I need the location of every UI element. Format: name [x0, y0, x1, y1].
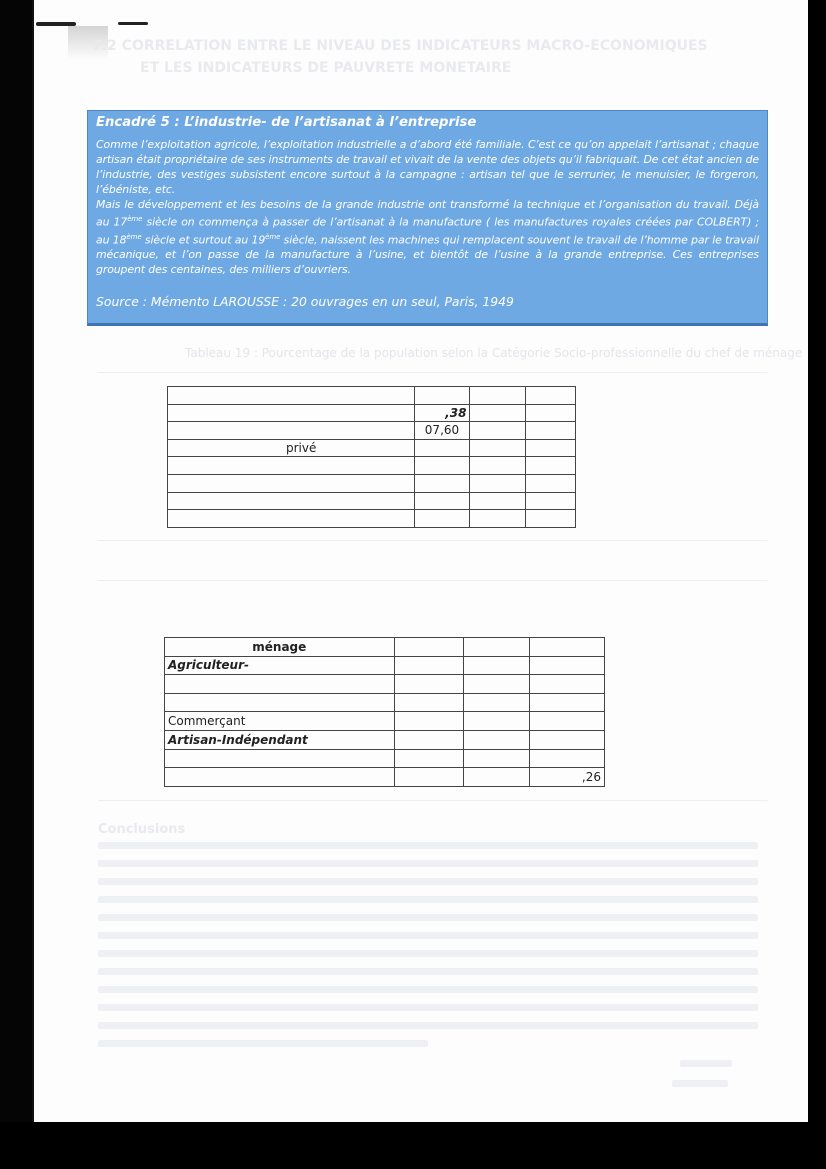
table-row: ,38 [168, 404, 576, 422]
row-label-cell [165, 749, 395, 768]
value-cell [464, 656, 530, 675]
row-label-cell [168, 474, 415, 492]
table-row [165, 693, 605, 712]
row-label-cell: Artisan-Indépendant [165, 730, 395, 749]
value-cell [464, 675, 530, 694]
faint-table-caption: Tableau 19 : Pourcentage de la populatio… [185, 346, 802, 360]
value-cell [394, 693, 464, 712]
value-cell [530, 712, 605, 731]
table-1: ,3807,60privé [167, 386, 576, 528]
row-label-cell [165, 768, 395, 787]
callout-paragraph-1: Comme l’exploitation agricole, l’exploit… [96, 137, 759, 197]
faint-text-line [98, 950, 758, 957]
table-row: Agriculteur- [165, 656, 605, 675]
faint-text-line [98, 1004, 758, 1011]
value-cell [464, 768, 530, 787]
table-row: 07,60 [168, 422, 576, 440]
table-row [165, 675, 605, 694]
value-cell [530, 693, 605, 712]
superscript: ème [126, 233, 141, 241]
value-cell [464, 730, 530, 749]
callout-paragraph-2: Mais le développement et les besoins de … [96, 197, 759, 277]
row-label-cell [168, 510, 415, 528]
table-row [168, 457, 576, 475]
value-cell [394, 768, 464, 787]
row-label-cell [168, 457, 415, 475]
value-cell [470, 474, 526, 492]
faint-text-line [98, 842, 758, 849]
value-cell [526, 510, 576, 528]
scan-mark [36, 22, 76, 26]
superscript: ème [265, 233, 280, 241]
value-cell [394, 675, 464, 694]
faint-heading-line-2: ET LES INDICATEURS DE PAUVRETE MONETAIRE [140, 60, 511, 76]
value-cell [530, 656, 605, 675]
faint-table-rule [98, 580, 768, 581]
faint-section-label: Conclusions [98, 822, 185, 837]
value-cell [394, 656, 464, 675]
row-label-cell [168, 492, 415, 510]
table-2: ménageAgriculteur-CommerçantArtisan-Indé… [164, 637, 605, 787]
value-cell [464, 638, 530, 657]
faint-text-line [98, 1022, 758, 1029]
faint-text-line [98, 968, 758, 975]
value-cell: 07,60 [414, 422, 470, 440]
faint-text-line [98, 896, 758, 903]
faint-text-line [98, 932, 758, 939]
value-cell [470, 422, 526, 440]
row-label-cell [165, 693, 395, 712]
row-label-cell: Agriculteur- [165, 656, 395, 675]
value-cell [526, 404, 576, 422]
value-cell [530, 638, 605, 657]
table-row [168, 474, 576, 492]
value-cell [530, 730, 605, 749]
table-row [168, 510, 576, 528]
callout-box: Encadré 5 : L’industrie- de l’artisanat … [87, 110, 768, 326]
faint-text-line [98, 986, 758, 993]
value-cell [414, 457, 470, 475]
table-row: privé [168, 439, 576, 457]
table-row [165, 749, 605, 768]
value-cell [530, 675, 605, 694]
value-cell [464, 712, 530, 731]
faint-text-line [98, 860, 758, 867]
value-cell [526, 387, 576, 405]
table-row [168, 492, 576, 510]
value-cell [530, 749, 605, 768]
value-cell [414, 492, 470, 510]
value-cell [470, 457, 526, 475]
table-row: Artisan-Indépendant [165, 730, 605, 749]
value-cell [526, 422, 576, 440]
value-cell [464, 693, 530, 712]
row-label-cell: privé [168, 439, 415, 457]
table-row [168, 387, 576, 405]
callout-title: Encadré 5 : L’industrie- de l’artisanat … [96, 115, 759, 130]
value-cell [394, 749, 464, 768]
value-cell [414, 474, 470, 492]
row-label-cell [168, 387, 415, 405]
faint-text-line [98, 914, 758, 921]
value-cell [414, 510, 470, 528]
value-cell: ,26 [530, 768, 605, 787]
faint-text-line [98, 878, 758, 885]
table-row: ,26 [165, 768, 605, 787]
faint-table-rule [98, 540, 768, 541]
scanner-left-border [0, 0, 32, 1169]
value-cell [526, 457, 576, 475]
callout-source: Source : Mémento LAROUSSE : 20 ouvrages … [96, 294, 759, 309]
value-cell [526, 439, 576, 457]
row-label-cell [168, 404, 415, 422]
faint-table-rule [98, 800, 768, 801]
table-row: ménage [165, 638, 605, 657]
scanner-bottom-border [0, 1122, 826, 1169]
value-cell [464, 749, 530, 768]
value-cell [394, 712, 464, 731]
faint-heading-line-1: 7.2 CORRELATION ENTRE LE NIVEAU DES INDI… [92, 38, 708, 54]
table-row: Commerçant [165, 712, 605, 731]
row-label-cell: ménage [165, 638, 395, 657]
text-run: siècle et surtout au 19 [142, 233, 266, 246]
value-cell [414, 439, 470, 457]
faint-table-rule [98, 372, 768, 373]
scan-mark [118, 22, 148, 25]
value-cell [394, 638, 464, 657]
value-cell [526, 474, 576, 492]
faint-footer-mark [680, 1060, 732, 1067]
row-label-cell [168, 422, 415, 440]
superscript: ème [127, 215, 142, 223]
row-label-cell: Commerçant [165, 712, 395, 731]
value-cell [470, 439, 526, 457]
faint-footer-mark [672, 1080, 728, 1087]
value-cell [470, 492, 526, 510]
value-cell [470, 404, 526, 422]
row-label-cell [165, 675, 395, 694]
value-cell: ,38 [414, 404, 470, 422]
value-cell [470, 510, 526, 528]
value-cell [470, 387, 526, 405]
value-cell [394, 730, 464, 749]
value-cell [414, 387, 470, 405]
faint-text-line [98, 1040, 428, 1047]
value-cell [526, 492, 576, 510]
